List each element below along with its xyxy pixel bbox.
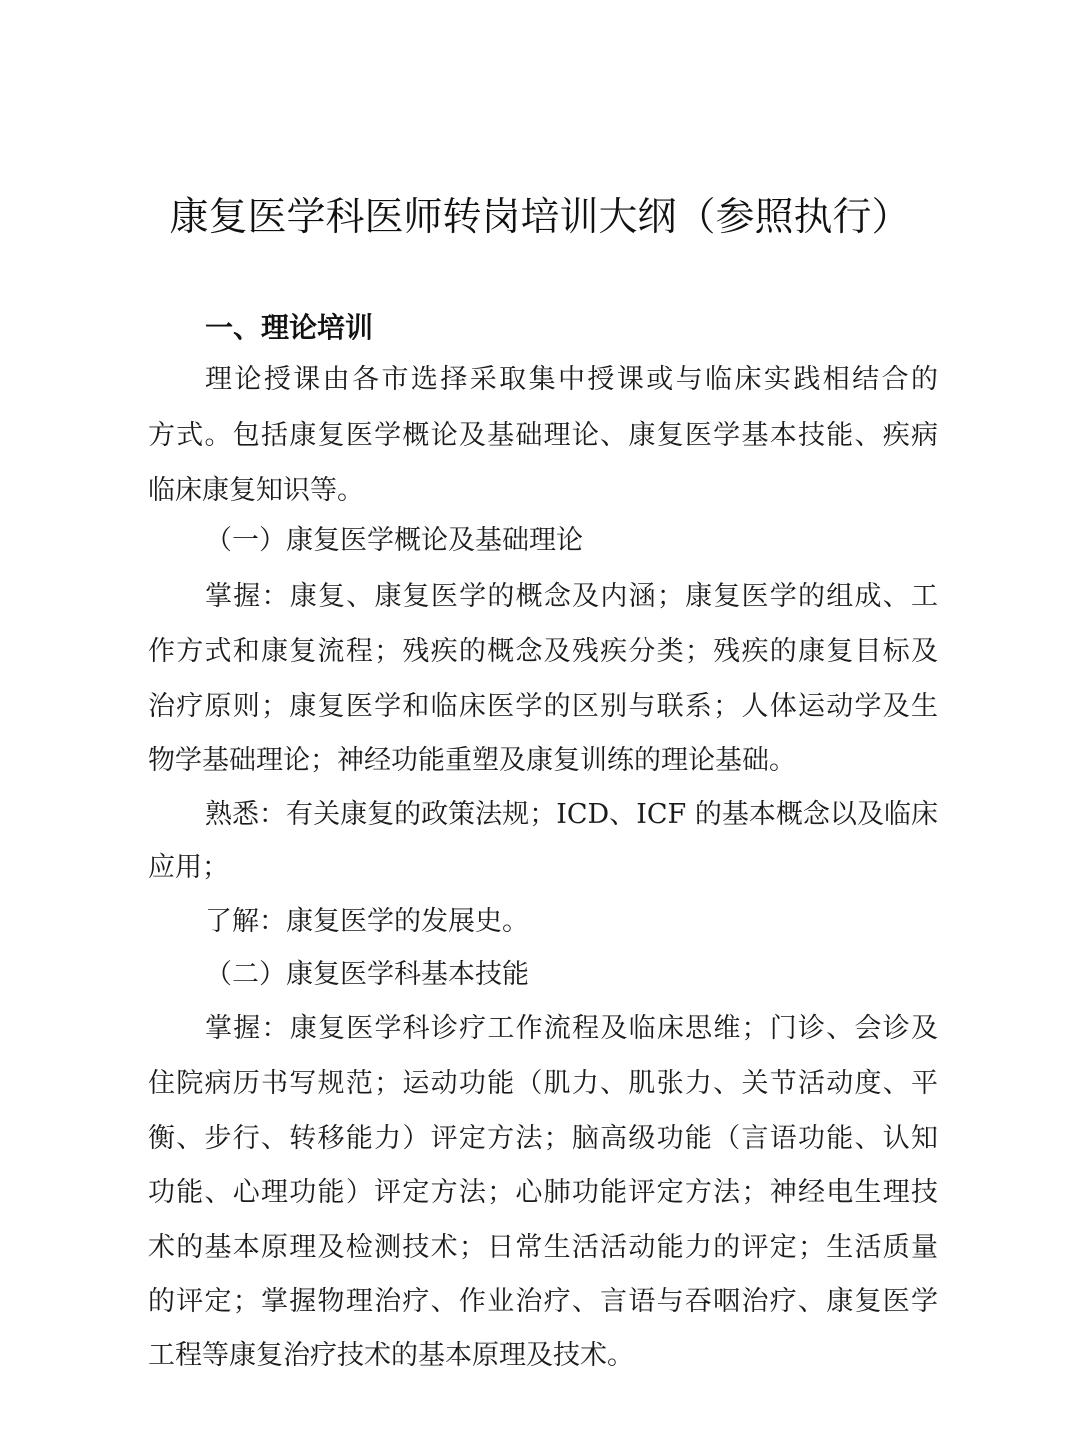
paragraph-line: 术的基本原理及检测技术；日常生活活动能力的评定；生活质量	[148, 1228, 938, 1268]
document-title: 康复医学科医师转岗培训大纲（参照执行）	[0, 190, 1080, 246]
paragraph-line: 了解：康复医学的发展史。	[205, 902, 938, 942]
paragraph-line: 理论授课由各市选择采取集中授课或与临床实践相结合的	[205, 360, 938, 400]
paragraph-line: 物学基础理论；神经功能重塑及康复训练的理论基础。	[148, 741, 938, 781]
subsection-heading-2: （二）康复医学科基本技能	[205, 955, 529, 995]
paragraph-line: 功能、心理功能）评定方法；心肺功能评定方法；神经电生理技	[148, 1173, 938, 1213]
document-page: 康复医学科医师转岗培训大纲（参照执行） 一、理论培训 理论授课由各市选择采取集中…	[0, 0, 1080, 1437]
paragraph-line: 作方式和康复流程；残疾的概念及残疾分类；残疾的康复目标及	[148, 632, 938, 672]
paragraph-line: 工程等康复治疗技术的基本原理及技术。	[148, 1336, 938, 1376]
paragraph-line: 掌握：康复医学科诊疗工作流程及临床思维；门诊、会诊及	[205, 1009, 938, 1049]
paragraph-line: 住院病历书写规范；运动功能（肌力、肌张力、关节活动度、平	[148, 1064, 938, 1104]
paragraph-line: 熟悉：有关康复的政策法规；ICD、ICF 的基本概念以及临床	[205, 795, 938, 835]
paragraph-line: 治疗原则；康复医学和临床医学的区别与联系；人体运动学及生	[148, 687, 938, 727]
paragraph-line: 掌握：康复、康复医学的概念及内涵；康复医学的组成、工	[205, 577, 938, 617]
subsection-heading-1: （一）康复医学概论及基础理论	[205, 521, 583, 561]
paragraph-line: 的评定；掌握物理治疗、作业治疗、言语与吞咽治疗、康复医学	[148, 1282, 938, 1322]
section-heading-theory-training: 一、理论培训	[205, 308, 373, 348]
paragraph-line: 方式。包括康复医学概论及基础理论、康复医学基本技能、疾病	[148, 416, 938, 456]
paragraph-line: 临床康复知识等。	[148, 471, 938, 511]
paragraph-line: 衡、步行、转移能力）评定方法；脑高级功能（言语功能、认知	[148, 1119, 938, 1159]
paragraph-line: 应用；	[148, 848, 938, 888]
